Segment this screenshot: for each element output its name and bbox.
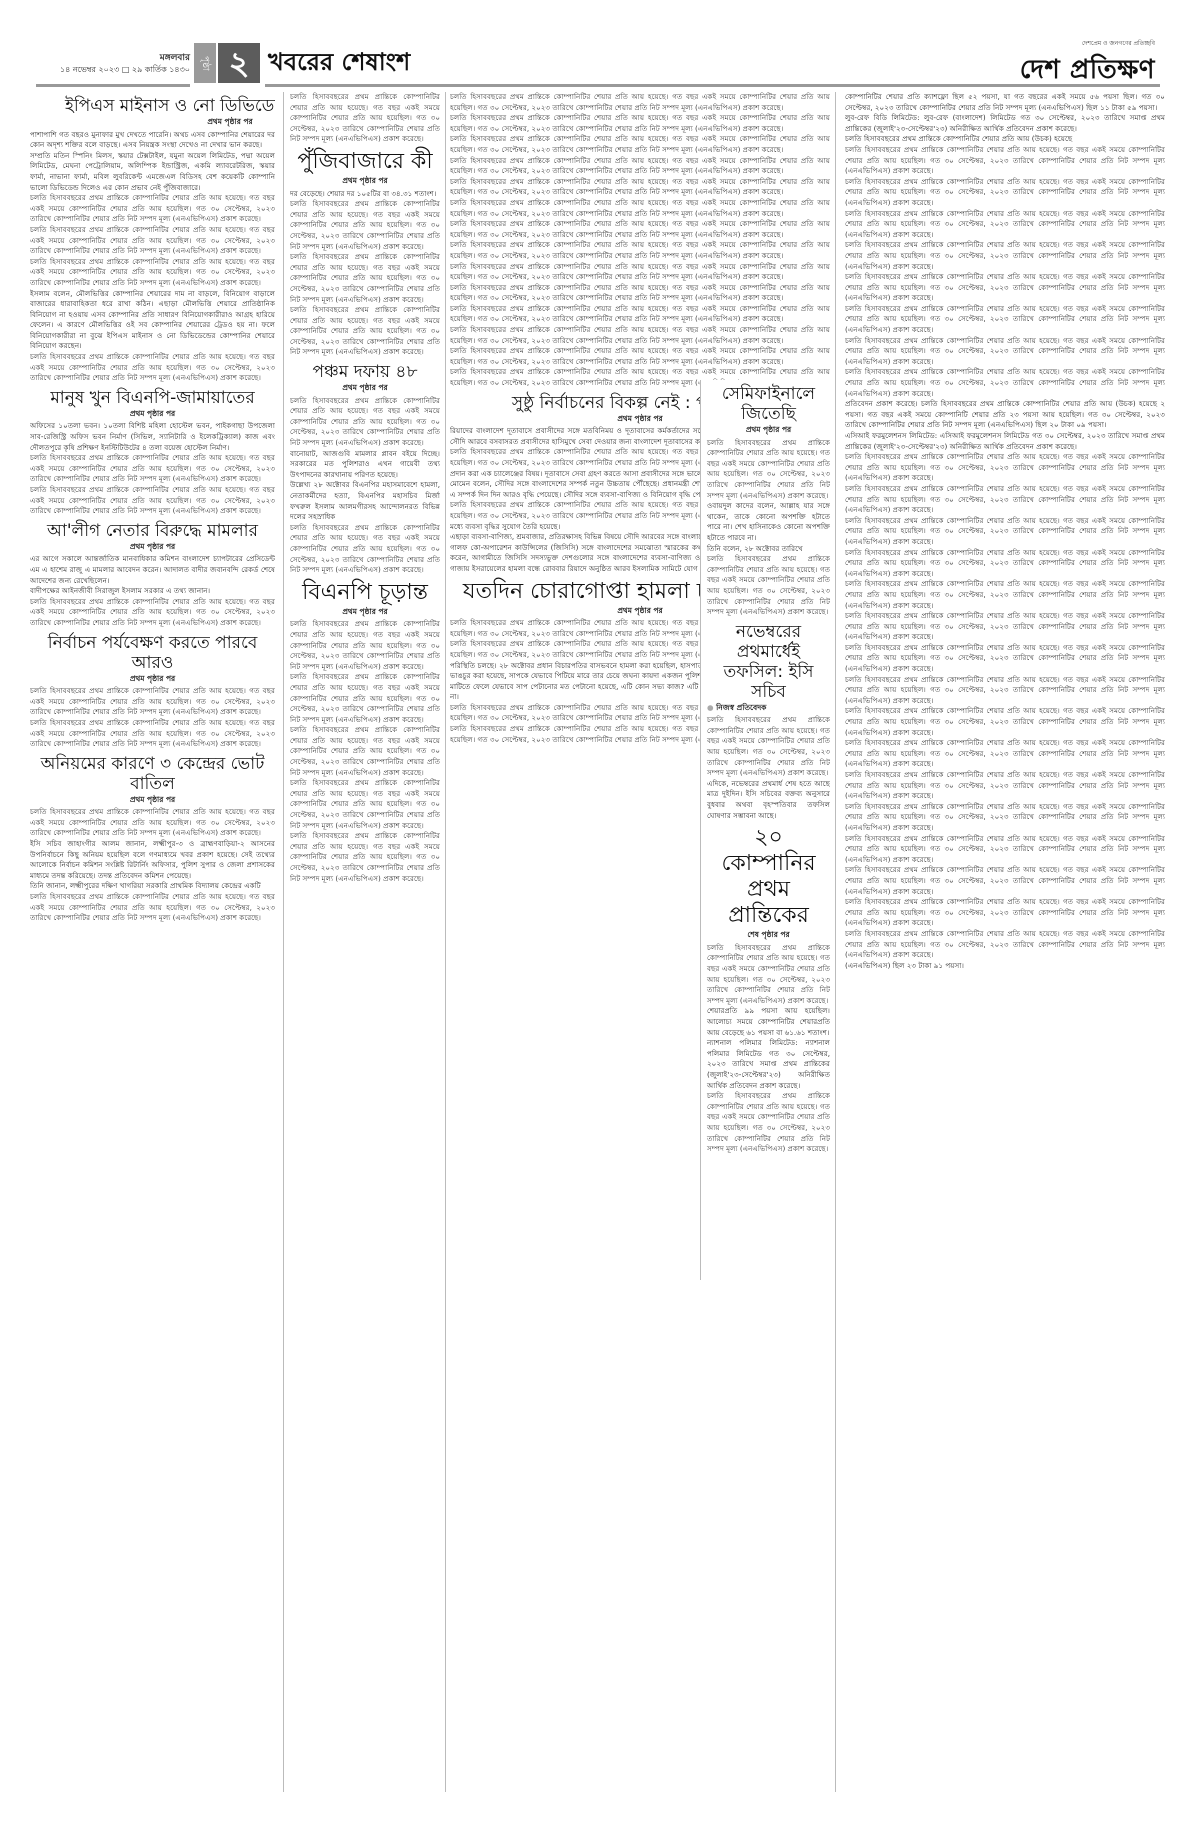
article-paragraph: চলতি হিসাববছরের প্রথম প্রান্তিকে কোম্পান… <box>450 198 830 219</box>
article-paragraph: চলতি হিসাববছরের প্রথম প্রান্তিকে কোম্পান… <box>707 1091 830 1155</box>
article-paragraph: চলতি হিসাববছরের প্রথম প্রান্তিকে কোম্পান… <box>450 304 830 325</box>
article-paragraph: চলতি হিসাববছরের প্রথম প্রান্তিকে কোম্পান… <box>450 177 830 198</box>
article-paragraph: চলতি হিসাববছরের প্রথম প্রান্তিকে কোম্পান… <box>290 619 440 672</box>
masthead: মঙ্গলবার ১৪ নভেম্বর ২০২৩ □ ২৯ কার্তিক ১৪… <box>0 0 1200 90</box>
article-paragraph: চলতি হিসাববছরের প্রথম প্রান্তিকে কোম্পান… <box>450 92 830 113</box>
article-paragraph: এর আগে সকালে আন্তর্জাতিক মানবাধিকার কমিশ… <box>30 554 275 586</box>
article-paragraph: (এনএভিপিএস) ছিল ২৩ টাকা ৯১ পয়সা। <box>845 961 1165 972</box>
article-paragraph: চলতি হিসাববছরের প্রথম প্রান্তিকে কোম্পান… <box>450 134 830 155</box>
article-paragraph: শেয়ারপ্রতি ৯৯ পয়সা আয় হয়েছিল। আলোচ্য… <box>707 1006 830 1038</box>
article-headline: অনিয়মের কারণে ৩ কেন্দ্রের ভোট বাতিল <box>30 754 275 794</box>
article-headline: ২০ কোম্পানির প্রথম প্রান্তিকের <box>707 825 830 929</box>
article-byline: প্রথম পৃষ্ঠার পর <box>30 409 275 420</box>
article-paragraph: চলতি হিসাববছরের প্রথম প্রান্তিকে কোম্পান… <box>845 802 1165 834</box>
article-paragraph: চলতি হিসাববছরের প্রথম প্রান্তিকে কোম্পান… <box>290 396 440 449</box>
article-byline: প্রথম পৃষ্ঠার পর <box>290 383 440 394</box>
article-paragraph: চলতি হিসাববছরের প্রথম প্রান্তিকে কোম্পান… <box>845 367 1165 399</box>
article-paragraph: চলতি হিসাববছরের প্রথম প্রান্তিকে কোম্পান… <box>845 516 1165 548</box>
article-paragraph: অফিসের ১০তলা ভবন। ১০তলা বিশিষ্ট মহিলা হো… <box>30 421 275 453</box>
article-headline: নভেম্বরের প্রথমার্ধেই তফসিল: ইসি সচিব <box>707 622 830 702</box>
article-headline: আ'লীগ নেতার বিরুদ্ধে মামলার <box>30 521 275 541</box>
article-byline: প্রথম পৃষ্ঠার পর <box>290 607 440 618</box>
article-paragraph: চলতি হিসাববছরের প্রথম প্রান্তিকে কোম্পান… <box>450 219 830 240</box>
article-paragraph: দর বেড়েছে। শেয়ার দর ১০৫টির বা ৩৪.৩১ শত… <box>290 189 440 200</box>
article-paragraph: চলতি হিসাববছরের প্রথম প্রান্তিকে কোম্পান… <box>845 548 1165 580</box>
article-byline: প্রথম পৃষ্ঠার পর <box>30 117 275 128</box>
article-paragraph: চলতি হিসাববছরের প্রথম প্রান্তিকে কোম্পান… <box>290 523 440 576</box>
article-paragraph: চলতি হিসাববছরের প্রথম প্রান্তিকে কোম্পান… <box>30 718 275 750</box>
article-paragraph: চলতি হিসাববছরের প্রথম প্রান্তিকে কোম্পান… <box>707 438 830 502</box>
article-byline: নিজস্ব প্রতিবেদক <box>707 703 830 714</box>
page-label: পৃষ্ঠা <box>194 43 216 83</box>
article-paragraph: চলতি হিসাববছরের প্রথম প্রান্তিকে কোম্পান… <box>30 453 275 485</box>
article-paragraph: চলতি হিসাববছরের প্রথম প্রান্তিকে কোম্পান… <box>845 240 1165 272</box>
divider <box>36 84 190 87</box>
article-headline: নির্বাচন পর্যবেক্ষণ করতে পারবে আরও <box>30 633 275 673</box>
article-paragraph: চলতি হিসাববছরের প্রথম প্রান্তিকে কোম্পান… <box>450 325 830 346</box>
brand-name: দেশ প্রতিক্ষণ <box>1020 49 1155 93</box>
article-paragraph: পাশাপাশি গত বছরও মুনাফার মুখ দেখতে পারেন… <box>30 130 275 151</box>
article-paragraph: তিনি বলেন, ২৮ অক্টোবর তারিখে <box>707 544 830 555</box>
article-paragraph: চলতি হিসাববছরের প্রথম প্রান্তিকে কোম্পান… <box>845 611 1165 643</box>
article-paragraph: চলতি হিসাববছরের প্রথম প্রান্তিকে কোম্পান… <box>30 485 275 517</box>
article-paragraph: চলতি হিসাববছরের প্রথম প্রান্তিকে কোম্পান… <box>30 807 275 839</box>
article-paragraph: চলতি হিসাববছরের প্রথম প্রান্তিকে কোম্পান… <box>450 156 830 177</box>
article-paragraph: চলতি হিসাববছরের প্রথম প্রান্তিকে কোম্পান… <box>845 452 1165 484</box>
article-paragraph: চলতি হিসাববছরের প্রথম প্রান্তিকে কোম্পান… <box>290 252 440 305</box>
article-paragraph: চলতি হিসাববছরের প্রথম প্রান্তিকে কোম্পান… <box>30 225 275 257</box>
article-byline: প্রথম পৃষ্ঠার পর <box>30 542 275 553</box>
article-paragraph: লুব-রেফ বিডি লিমিটেড: লুব-রেফ (বাংলাদেশ)… <box>845 113 1165 134</box>
page-number: ২ <box>218 43 260 83</box>
issue-date: ১৪ নভেম্বর ২০২৩ □ ২৯ কার্তিক ১৪৩০ <box>30 64 190 76</box>
article-headline: সেমিফাইনালে জিতেছি <box>707 384 830 424</box>
column-1: ইপিএস মাইনাস ও নো ডিভিডেন্ডের প্রথম পৃষ্… <box>30 92 275 1792</box>
article-paragraph: চলতি হিসাববছরের প্রথম প্রান্তিকে কোম্পান… <box>845 738 1165 770</box>
article-paragraph: চলতি হিসাববছরের প্রথম প্রান্তিকে কোম্পান… <box>845 675 1165 707</box>
article-paragraph: চলতি হিসাববছরের প্রথম প্রান্তিকে কোম্পান… <box>290 725 440 778</box>
article-paragraph: চলতি হিসাববছরের প্রথম প্রান্তিকে কোম্পান… <box>845 484 1165 516</box>
article-paragraph: উল্লেখ্য ২৮ অক্টোবর বিএনপির মহাসমাবেশে হ… <box>290 480 440 522</box>
article-paragraph: বাদীপক্ষের আইনজীবী সিরাজুল ইসলাম সরকার এ… <box>30 586 275 597</box>
article-headline: পুঁজিবাজারে কী <box>290 149 440 175</box>
article-paragraph: চলতি হিসাববছরের প্রথম প্রান্তিকে কোম্পান… <box>290 92 440 145</box>
article-paragraph: বানোয়াট, আজগুবি মামলার প্লাবন বইয়ে দিচ… <box>290 449 440 481</box>
article-paragraph: চলতি হিসাববছরের প্রথম প্রান্তিকে কোম্পান… <box>845 579 1165 611</box>
article-paragraph: চলতি হিসাববছরের প্রথম প্রান্তিকে কোম্পান… <box>845 770 1165 802</box>
article-paragraph: চলতি হিসাববছরের প্রথম প্রান্তিকে কোম্পান… <box>845 865 1165 897</box>
article-paragraph: ওবায়দুল কাদের বলেন, আল্লাহ যার সঙ্গে থা… <box>707 501 830 543</box>
article-byline: প্রথম পৃষ্ঠার পর <box>707 425 830 436</box>
article-paragraph: চলতি হিসাববছরের প্রথম প্রান্তিকে কোম্পান… <box>450 113 830 134</box>
column-2: চলতি হিসাববছরের প্রথম প্রান্তিকে কোম্পান… <box>290 92 440 1792</box>
article-paragraph: চলতি হিসাববছরের প্রথম প্রান্তিকে কোম্পান… <box>845 897 1165 929</box>
article-paragraph: চলতি হিসাববছরের প্রথম প্রান্তিকে কোম্পান… <box>30 352 275 384</box>
article-paragraph: চলতি হিসাববছরের প্রথম প্রান্তিকে কোম্পান… <box>707 715 830 779</box>
article-headline: ইপিএস মাইনাস ও নো ডিভিডেন্ডের <box>65 96 275 116</box>
article-paragraph: কোম্পানিটির শেয়ার প্রতি ক্যাশফ্লো ছিল ৫… <box>845 92 1165 113</box>
article-paragraph: চলতি হিসাববছরের প্রথম প্রান্তিকে কোম্পান… <box>707 554 830 618</box>
article-paragraph: চলতি হিসাববছরের প্রথম প্রান্তিকে কোম্পান… <box>30 892 275 924</box>
article-paragraph: চলতি হিসাববছরের প্রথম প্রান্তিকে কোম্পান… <box>30 686 275 718</box>
article-paragraph: চলতি হিসাববছরের প্রথম প্রান্তিকে কোম্পান… <box>450 346 830 367</box>
article-paragraph: চলতি হিসাববছরের প্রথম প্রান্তিকে কোম্পান… <box>290 831 440 884</box>
article-byline: শেষ পৃষ্ঠার পর <box>707 930 830 941</box>
brand-logo: দেশপ্রেম ও জনগণের প্রতিচ্ছবি দেশ প্রতিক্… <box>1020 38 1155 93</box>
article-paragraph: চলতি হিসাববছরের প্রথম প্রান্তিকে কোম্পান… <box>290 199 440 252</box>
article-paragraph: চলতি হিসাববছরের প্রথম প্রান্তিকে কোম্পান… <box>845 209 1165 241</box>
article-paragraph: চলতি হিসাববছরের প্রথম প্রান্তিকে কোম্পান… <box>845 706 1165 738</box>
article-paragraph: ইসি সচিব জাহাংগীর আলম জানান, লক্ষ্মীপুর-… <box>30 839 275 881</box>
column-3b: সেমিফাইনালে জিতেছি প্রথম পৃষ্ঠার পর চলতি… <box>700 380 830 1280</box>
article-paragraph: চলতি হিসাববছরের প্রথম প্রান্তিকে কোম্পান… <box>290 778 440 831</box>
article-paragraph: চলতি হিসাববছরের প্রথম প্রান্তিকে কোম্পান… <box>707 943 830 1007</box>
article-paragraph: ন্যাশনাল পলিমার লিমিটেড: ন্যাশনাল পলিমার… <box>707 1038 830 1091</box>
article-byline: প্রথম পৃষ্ঠার পর <box>30 674 275 685</box>
article-paragraph: চলতি হিসাববছরের প্রথম প্রান্তিকে কোম্পান… <box>845 929 1165 961</box>
article-paragraph: ইসলাম বলেন, মৌলভিত্তির কোম্পানির শেয়ারে… <box>30 289 275 353</box>
article-byline: প্রথম পৃষ্ঠার পর <box>290 176 440 187</box>
section-title: খবরের শেষাংশ <box>268 44 410 84</box>
article-paragraph: চলতি হিসাববছরের প্রথম প্রান্তিকে কোম্পান… <box>450 283 830 304</box>
article-paragraph: চলতি হিসাববছরের প্রথম প্রান্তিকে কোম্পান… <box>845 304 1165 336</box>
article-paragraph: এসিআই ফরমুলেশনস লিমিটেড: এসিআই ফরমুলেশনস… <box>845 431 1165 452</box>
article-paragraph: চলতি হিসাববছরের প্রথম প্রান্তিকে কোম্পান… <box>845 834 1165 866</box>
article-paragraph: চলতি হিসাববছরের প্রথম প্রান্তিকে কোম্পান… <box>30 597 275 629</box>
article-paragraph: চলতি হিসাববছরের প্রথম প্রান্তিকে কোম্পান… <box>290 672 440 725</box>
article-paragraph: চলতি হিসাববছরের প্রথম প্রান্তিকে কোম্পান… <box>845 336 1165 368</box>
article-paragraph: চলতি হিসাববছরের প্রথম প্রান্তিকে কোম্পান… <box>845 177 1165 209</box>
article-paragraph: চলতি হিসাববছরের প্রথম প্রান্তিকে কোম্পান… <box>845 145 1165 177</box>
article-paragraph: চলতি হিসাববছরের প্রথম প্রান্তিকে কোম্পান… <box>845 272 1165 304</box>
article-paragraph: চলতি হিসাববছরের প্রথম প্রান্তিকে কোম্পান… <box>450 262 830 283</box>
article-headline: বিএনপি চূড়ান্ত <box>290 580 440 606</box>
column-divider <box>283 92 284 1792</box>
column-divider <box>445 92 446 1792</box>
column-4: কোম্পানিটির শেয়ার প্রতি ক্যাশফ্লো ছিল ৫… <box>845 92 1165 1792</box>
weekday: মঙ্গলবার <box>30 52 190 64</box>
article-headline: মানুষ খুন বিএনপি-জামায়াতের <box>30 388 275 408</box>
brand-tagline: দেশপ্রেম ও জনগণের প্রতিচ্ছবি <box>1020 38 1155 49</box>
article-paragraph: চলতি হিসাববছরের প্রথম প্রান্তিকে কোম্পান… <box>450 240 830 261</box>
article-byline: প্রথম পৃষ্ঠার পর <box>30 795 275 806</box>
article-paragraph: চলতি হিসাববছরের প্রথম প্রান্তিকে কোম্পান… <box>845 643 1165 675</box>
article-paragraph: চলতি হিসাববছরের প্রথম প্রান্তিকে কোম্পান… <box>30 193 275 225</box>
article-paragraph: সম্প্রতি মতিন স্পিনিং মিলস, স্কয়ার টেক্… <box>30 151 275 193</box>
article-paragraph: তিনি জানান, লক্ষ্মীপুরের দক্ষিণ খাগরিয়া… <box>30 881 275 892</box>
article-paragraph: চলতি হিসাববছরের প্রথম প্রান্তিকে কোম্পান… <box>30 257 275 289</box>
article-paragraph: চলতি হিসাববছরের প্রথম প্রান্তিকে কোম্পান… <box>290 305 440 358</box>
article-headline: পঞ্চম দফায় ৪৮ <box>290 362 440 382</box>
article-paragraph: চলতি হিসাববছরের প্রথম প্রান্তিকে কোম্পান… <box>845 134 1165 145</box>
date-block: মঙ্গলবার ১৪ নভেম্বর ২০২৩ □ ২৯ কার্তিক ১৪… <box>30 52 190 76</box>
column-divider <box>835 92 836 1792</box>
article-paragraph: এদিকে, নভেম্বরের প্রথমার্ধ শেষ হতে আছে ম… <box>707 779 830 821</box>
article-paragraph: প্রতিবেদন প্রকাশ করেছে। চলতি হিসাববছরের … <box>845 399 1165 431</box>
